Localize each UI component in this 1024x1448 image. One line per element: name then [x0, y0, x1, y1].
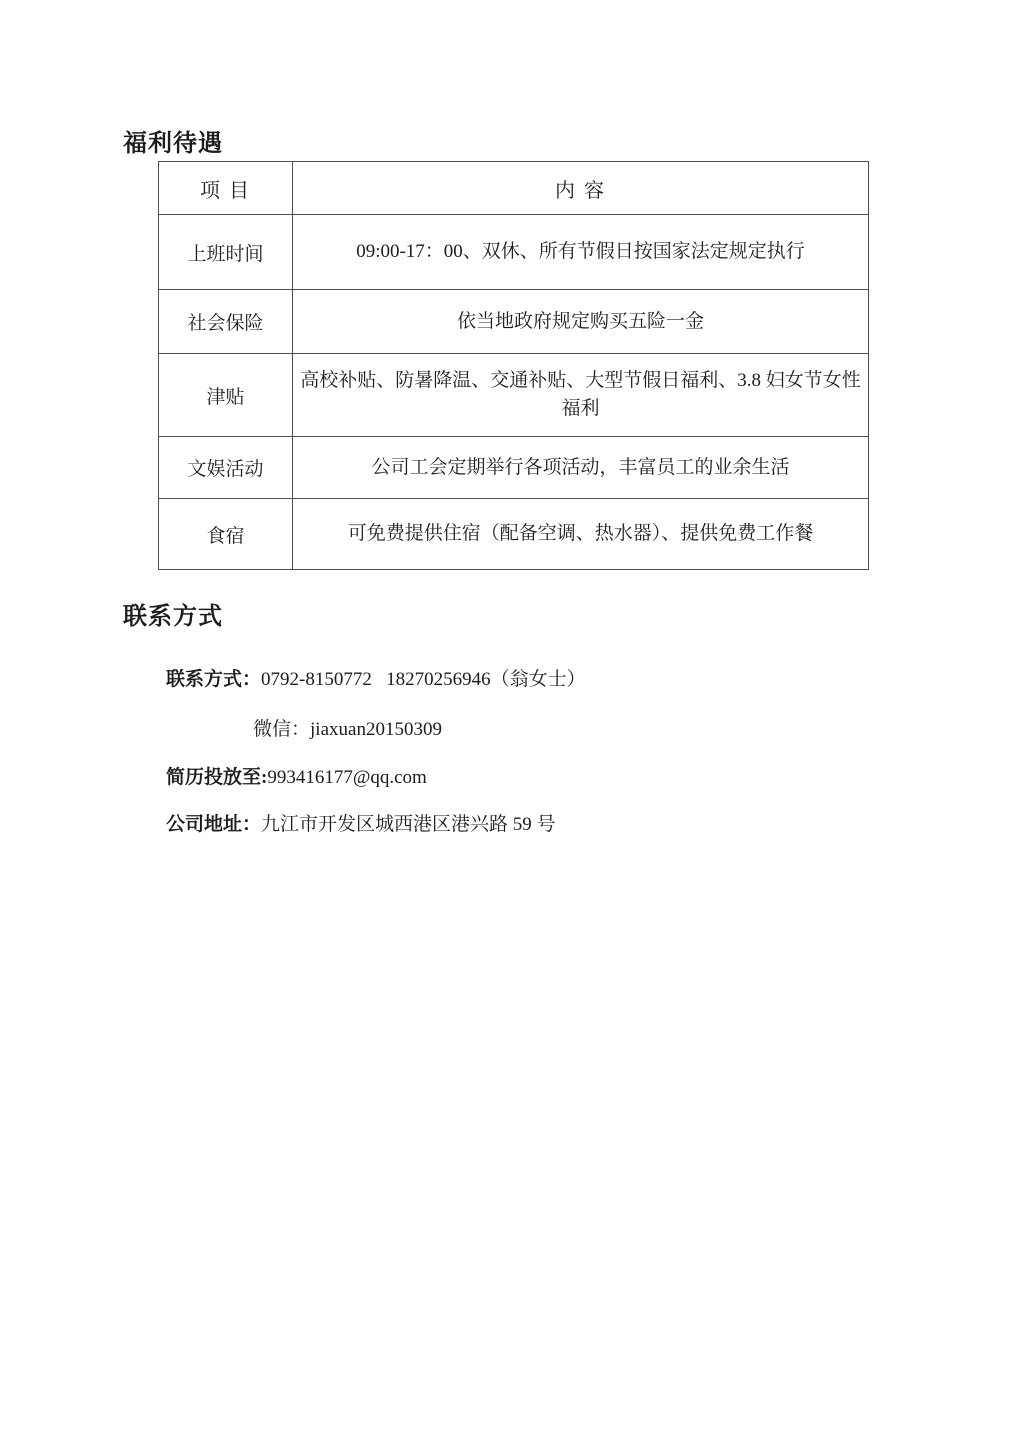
contact-address-label: 公司地址： — [166, 814, 261, 835]
contact-resume-email-value: 993416177@qq.com — [267, 767, 426, 788]
row-content-text: 09:00-17：00、双休、所有节假日按国家法定规定执行 — [293, 215, 869, 290]
contact-resume-label: 简历投放至: — [166, 767, 267, 788]
table-row: 津贴 高校补贴、防暑降温、交通补贴、大型节假日福利、3.8 妇女节女性福利 — [159, 354, 869, 437]
contact-line-address: 公司地址：九江市开发区城西港区港兴路 59 号 — [147, 791, 556, 859]
row-item-label: 上班时间 — [159, 215, 293, 290]
table-header-row: 项 目 内 容 — [159, 162, 869, 215]
contact-wechat-label: 微信： — [253, 719, 310, 740]
contact-wechat-value: jiaxuan20150309 — [310, 719, 442, 740]
table-header-item: 项 目 — [159, 162, 293, 215]
document-page: 福利待遇 项 目 内 容 上班时间 09:00-17：00、双休、所有节假日按国… — [0, 0, 1024, 1448]
row-content-text: 高校补贴、防暑降温、交通补贴、大型节假日福利、3.8 妇女节女性福利 — [293, 354, 869, 437]
row-item-label: 津贴 — [159, 354, 293, 437]
table-row: 社会保险 依当地政府规定购买五险一金 — [159, 290, 869, 354]
contact-address-value: 九江市开发区城西港区港兴路 59 号 — [261, 814, 556, 835]
row-item-label: 文娱活动 — [159, 437, 293, 499]
row-item-label: 社会保险 — [159, 290, 293, 354]
contact-phone-value: 0792-8150772 18270256946（翁女士） — [261, 669, 586, 690]
row-item-label: 食宿 — [159, 499, 293, 570]
benefits-section-title: 福利待遇 — [123, 131, 223, 159]
benefits-table: 项 目 内 容 上班时间 09:00-17：00、双休、所有节假日按国家法定规定… — [158, 161, 869, 570]
row-content-text: 可免费提供住宿（配备空调、热水器）、提供免费工作餐 — [293, 499, 869, 570]
contact-section-title: 联系方式 — [123, 604, 223, 632]
table-header-content: 内 容 — [293, 162, 869, 215]
table-row: 食宿 可免费提供住宿（配备空调、热水器）、提供免费工作餐 — [159, 499, 869, 570]
row-content-text: 依当地政府规定购买五险一金 — [293, 290, 869, 354]
table-row: 文娱活动 公司工会定期举行各项活动，丰富员工的业余生活 — [159, 437, 869, 499]
contact-phone-label: 联系方式： — [166, 669, 261, 690]
row-content-text: 公司工会定期举行各项活动，丰富员工的业余生活 — [293, 437, 869, 499]
table-row: 上班时间 09:00-17：00、双休、所有节假日按国家法定规定执行 — [159, 215, 869, 290]
